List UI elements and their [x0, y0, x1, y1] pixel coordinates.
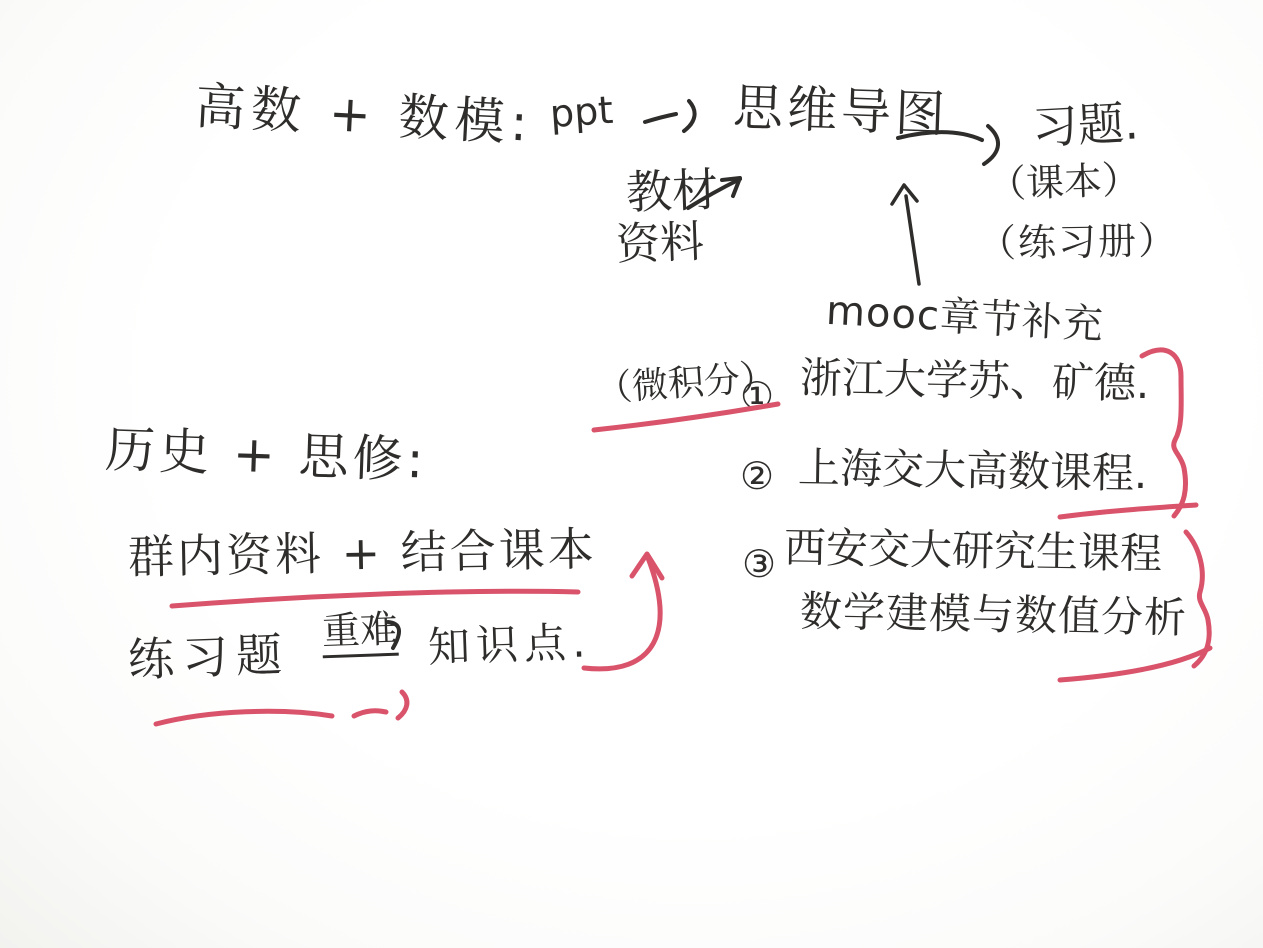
mooc-item-1-text: 浙江大学苏、矿德.	[800, 355, 1150, 407]
arrow-mooc-to-mindmap-head	[892, 185, 917, 204]
math-section-heading: 高数 + 数模:	[194, 79, 535, 152]
arrow-mooc-to-mindmap-shaft	[906, 196, 919, 284]
red-brace-mooc-item-3	[1186, 532, 1209, 666]
mooc-supplement-label: mooc章节补充	[825, 289, 1105, 347]
group-materials-line: 群内资料 + 结合课本	[128, 524, 598, 583]
exercises-label: 习题.	[1031, 97, 1140, 153]
handwritten-note-page: 高数 + 数模: ppt 思维导图 习题. （课本） （练习册） 教材 资料 m…	[0, 0, 1263, 948]
red-underline-group-materials	[172, 591, 578, 606]
knowledge-points-label: 知识点.	[427, 619, 592, 671]
mooc-item-3-number: ③	[742, 544, 776, 586]
arrow-ppt-to-mindmap-shaft	[645, 114, 676, 122]
key-difficulties-label: 重难	[321, 609, 399, 658]
materials-source-label: 资料	[615, 218, 705, 269]
arrow-textbook-to-mindmap-head	[722, 178, 740, 196]
textbook-note: （课本）	[987, 159, 1140, 206]
red-underline-practice-problems	[156, 711, 332, 724]
mooc-item-3-text-line1: 西安交大研究生课程	[784, 525, 1163, 578]
red-underline-mooc-item-2	[1060, 505, 1196, 517]
red-small-arrow-shaft	[354, 711, 386, 716]
ppt-label: ppt	[549, 90, 615, 136]
red-arrow-to-textbook-head	[632, 554, 662, 578]
workbook-note: （练习册）	[978, 220, 1179, 265]
mooc-item-1-number: ①	[740, 376, 774, 418]
mooc-item-2-text: 上海交大高数课程.	[798, 445, 1148, 497]
textbook-source-label: 教材	[625, 164, 719, 218]
arrow-ppt-to-mindmap-head	[684, 101, 695, 131]
red-small-arrow-head	[398, 692, 407, 718]
history-section-heading: 历史 + 思修:	[104, 422, 428, 488]
mindmap-label: 思维导图	[732, 80, 950, 143]
red-underline-mooc-item-3	[1060, 648, 1210, 680]
mooc-item-3-text-line2: 数学建模与数值分析	[800, 589, 1188, 642]
arrow-mindmap-to-exercises-head	[984, 126, 998, 164]
practice-problems-label: 练习题	[127, 629, 291, 685]
mooc-item-2-number: ②	[740, 456, 774, 498]
